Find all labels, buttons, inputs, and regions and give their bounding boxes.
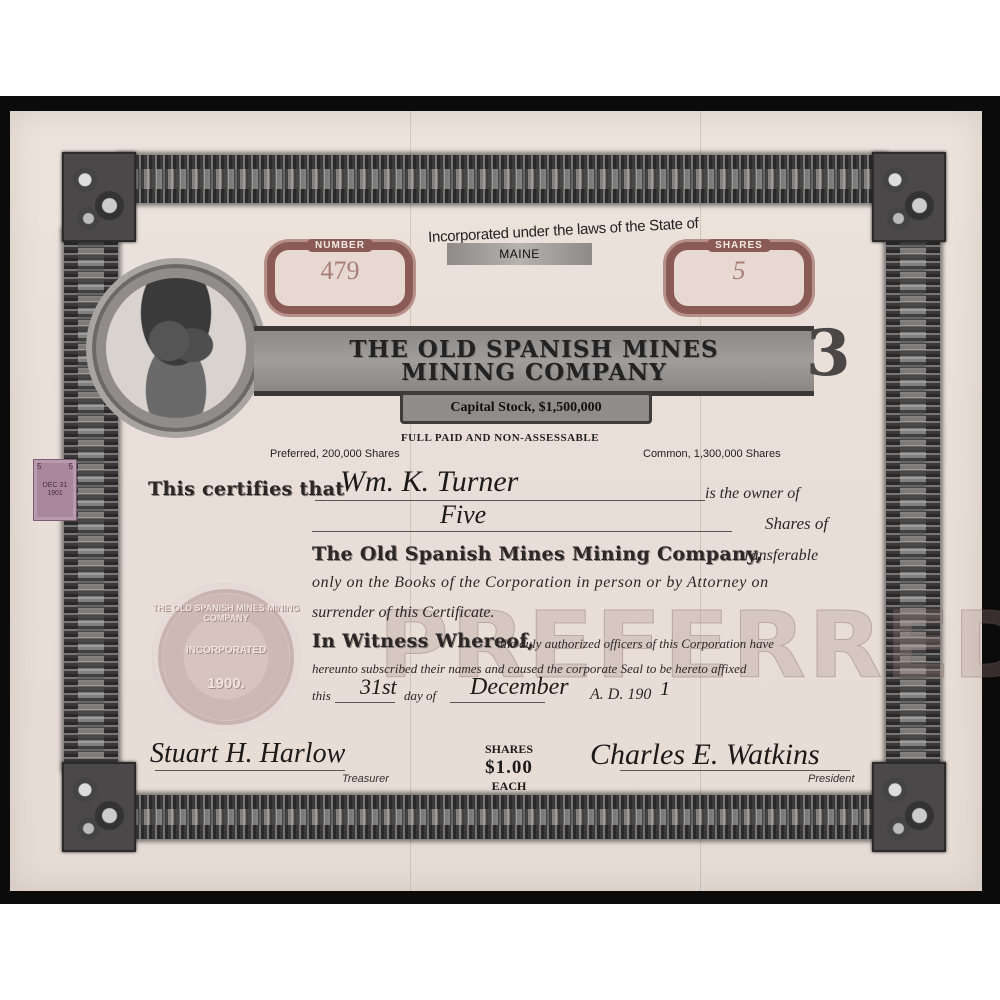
treasurer-signature: Stuart H. Harlow (150, 738, 345, 770)
holder-line (315, 500, 705, 501)
witness-text: the duly authorized officers of this Cor… (500, 636, 774, 652)
day-value: 31st (360, 674, 397, 700)
certifies-lead: This certifies that (148, 478, 344, 500)
stamp-denomination: 5 (69, 462, 73, 471)
treasurer-label: Treasurer (342, 773, 389, 785)
seal-ring-text: THE OLD SPANISH MINES MINING COMPANY (152, 603, 300, 623)
state-banner: MAINE (447, 243, 592, 265)
capital-stock: Capital Stock, $1,500,000 (400, 392, 652, 424)
ad-label: A. D. 190 (590, 686, 651, 704)
par-value-amount: $1.00 (468, 757, 550, 779)
scroll-ornament: 3 (806, 322, 851, 386)
beehive-vignette (86, 258, 266, 438)
year-suffix: 1 (660, 678, 670, 701)
transferable-text: transferable (740, 547, 818, 565)
beehive-image (106, 278, 246, 418)
company-title-line2: MINING COMPANY (254, 361, 814, 384)
number-label: NUMBER (307, 239, 373, 252)
corner-ornament-bottom-right (872, 762, 946, 852)
day-line (335, 702, 395, 703)
corner-ornament-top-right (872, 152, 946, 242)
shares-cartouche: SHARES 5 (666, 242, 812, 314)
company-title-line1: THE OLD SPANISH MINES (254, 338, 814, 361)
owner-of-text: is the owner of (705, 485, 800, 503)
day-of-label: day of (404, 688, 436, 704)
title-banner: THE OLD SPANISH MINES MINING COMPANY (254, 326, 814, 396)
president-label: President (808, 773, 854, 785)
certificate-number: 479 (275, 256, 405, 286)
holder-name-signature: Wm. K. Turner (340, 465, 518, 499)
par-value: SHARES $1.00 EACH (468, 742, 550, 794)
par-value-bottom: EACH (468, 779, 550, 794)
this-label: this (312, 688, 331, 704)
share-count-written: Five (440, 500, 486, 530)
surrender-text: surrender of this Certificate. (312, 604, 495, 622)
corner-ornament-bottom-left (62, 762, 136, 852)
par-value-top: SHARES (468, 742, 550, 757)
month-value: December (470, 674, 569, 701)
shares-of-text: Shares of (765, 514, 828, 534)
revenue-stamp: 5 5 DEC 31 1901 (33, 459, 77, 521)
seal-year: 1900. (152, 675, 300, 692)
company-name-body: The Old Spanish Mines Mining Company, (312, 543, 763, 565)
share-count-line (312, 531, 732, 532)
common-shares-text: Common, 1,300,000 Shares (643, 448, 781, 460)
fold-line (410, 111, 411, 891)
fold-line (700, 111, 701, 891)
corporate-seal: THE OLD SPANISH MINES MINING COMPANY INC… (152, 583, 300, 731)
month-line (450, 702, 545, 703)
shares-label: SHARES (707, 239, 771, 252)
bottom-border (120, 795, 885, 839)
stamp-cancellation: DEC 31 1901 (40, 482, 70, 498)
preferred-shares-text: Preferred, 200,000 Shares (270, 448, 400, 460)
stamp-denomination: 5 (37, 462, 41, 471)
seal-center-text: INCORPORATED (152, 645, 300, 656)
treasurer-line (155, 770, 345, 771)
top-border (120, 155, 885, 203)
corner-ornament-top-left (62, 152, 136, 242)
shares-number: 5 (674, 256, 804, 286)
number-cartouche: NUMBER 479 (267, 242, 413, 314)
full-paid-text: FULL PAID AND NON-ASSESSABLE (0, 432, 1000, 444)
books-text: only on the Books of the Corporation in … (312, 574, 769, 592)
president-line (620, 770, 850, 771)
president-signature: Charles E. Watkins (590, 738, 820, 772)
